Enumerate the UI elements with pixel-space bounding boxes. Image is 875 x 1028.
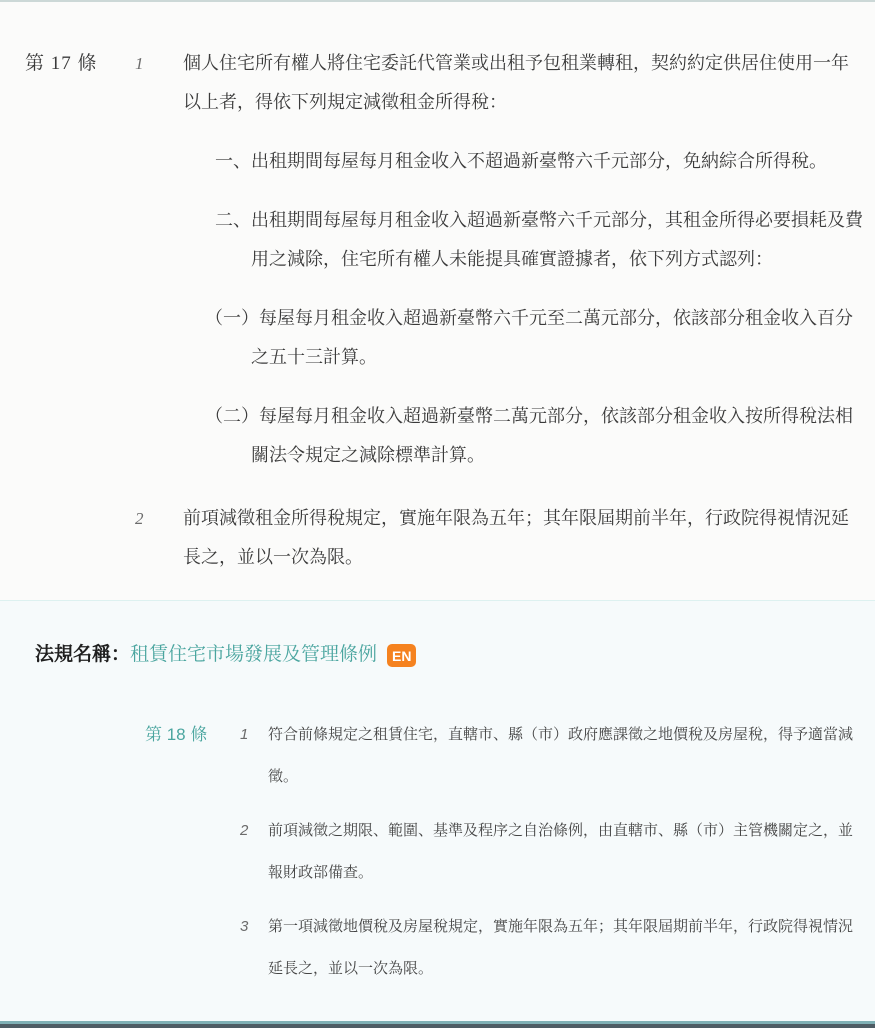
sub-list-item-1: （一）每屋每月租金收入超過新臺幣六千元至二萬元部分，依該部分租金收入百分之五十三… [205,299,863,377]
article-18-number[interactable]: 第 18 條 [145,714,240,810]
paragraph-1-number: 1 [135,44,183,475]
law-detail-page: 第 17 條 1 個人住宅所有權人將住宅委託代管業或出租予包租業轉租，契約約定供… [0,0,875,1028]
article-18-section: 法規名稱： 租賃住宅市場發展及管理條例 EN 第 18 條 1 符合前條規定之租… [0,601,875,1021]
english-version-badge[interactable]: EN [387,644,416,667]
article-18-paragraph-2-row: 2 前項減徵之期限、範圍、基準及程序之自治條例，由直轄市、縣（市）主管機關定之，… [145,810,863,906]
article-18-paragraph-3-row: 3 第一項減徵地價稅及房屋稅規定，實施年限為五年；其年限屆期前半年，行政院得視情… [145,906,863,1002]
spacer [145,906,240,1002]
article-18-row: 第 18 條 1 符合前條規定之租賃住宅，直轄市、縣（市）政府應課徵之地價稅及房… [145,714,863,810]
article-17-paragraph-2-row: 2 前項減徵租金所得稅規定，實施年限為五年；其年限屆期前半年，行政院得視情況延長… [25,499,863,577]
paragraph-1-text: 符合前條規定之租賃住宅，直轄市、縣（市）政府應課徵之地價稅及房屋稅，得予適當減徵… [268,714,863,798]
bottom-divider-dark [0,1024,875,1028]
paragraph-2-text: 前項減徵之期限、範圍、基準及程序之自治條例，由直轄市、縣（市）主管機關定之，並報… [268,810,863,894]
paragraph-3-text: 第一項減徵地價稅及房屋稅規定，實施年限為五年；其年限屆期前半年，行政院得視情況延… [268,906,863,990]
law-title-bar: 法規名稱： 租賃住宅市場發展及管理條例 EN [35,641,863,669]
sub-list-item-2: （二）每屋每月租金收入超過新臺幣二萬元部分，依該部分租金收入按所得稅法相關法令規… [205,397,863,475]
paragraph-1-body: 個人住宅所有權人將住宅委託代管業或出租予包租業轉租，契約約定供居住使用一年以上者… [183,44,863,475]
list-item-1: 一、出租期間每屋每月租金收入不超過新臺幣六千元部分，免納綜合所得稅。 [215,142,863,181]
law-title-link[interactable]: 租賃住宅市場發展及管理條例 [130,641,377,669]
article-17-row: 第 17 條 1 個人住宅所有權人將住宅委託代管業或出租予包租業轉租，契約約定供… [25,44,863,475]
paragraph-3-number: 3 [240,906,268,1002]
article-17-section: 第 17 條 1 個人住宅所有權人將住宅委託代管業或出租予包租業轉租，契約約定供… [0,0,875,601]
paragraph-2-number: 2 [240,810,268,906]
paragraph-2-number: 2 [135,499,183,577]
article-17-number: 第 17 條 [25,44,135,475]
spacer [145,810,240,906]
paragraph-2-text: 前項減徵租金所得稅規定，實施年限為五年；其年限屆期前半年，行政院得視情況延長之，… [183,499,863,577]
list-item-2: 二、出租期間每屋每月租金收入超過新臺幣六千元部分，其租金所得必要損耗及費用之減除… [215,201,863,279]
spacer [25,499,135,577]
paragraph-1-intro: 個人住宅所有權人將住宅委託代管業或出租予包租業轉租，契約約定供居住使用一年以上者… [183,44,863,122]
paragraph-1-number: 1 [240,714,268,810]
law-title-label: 法規名稱： [35,641,130,669]
